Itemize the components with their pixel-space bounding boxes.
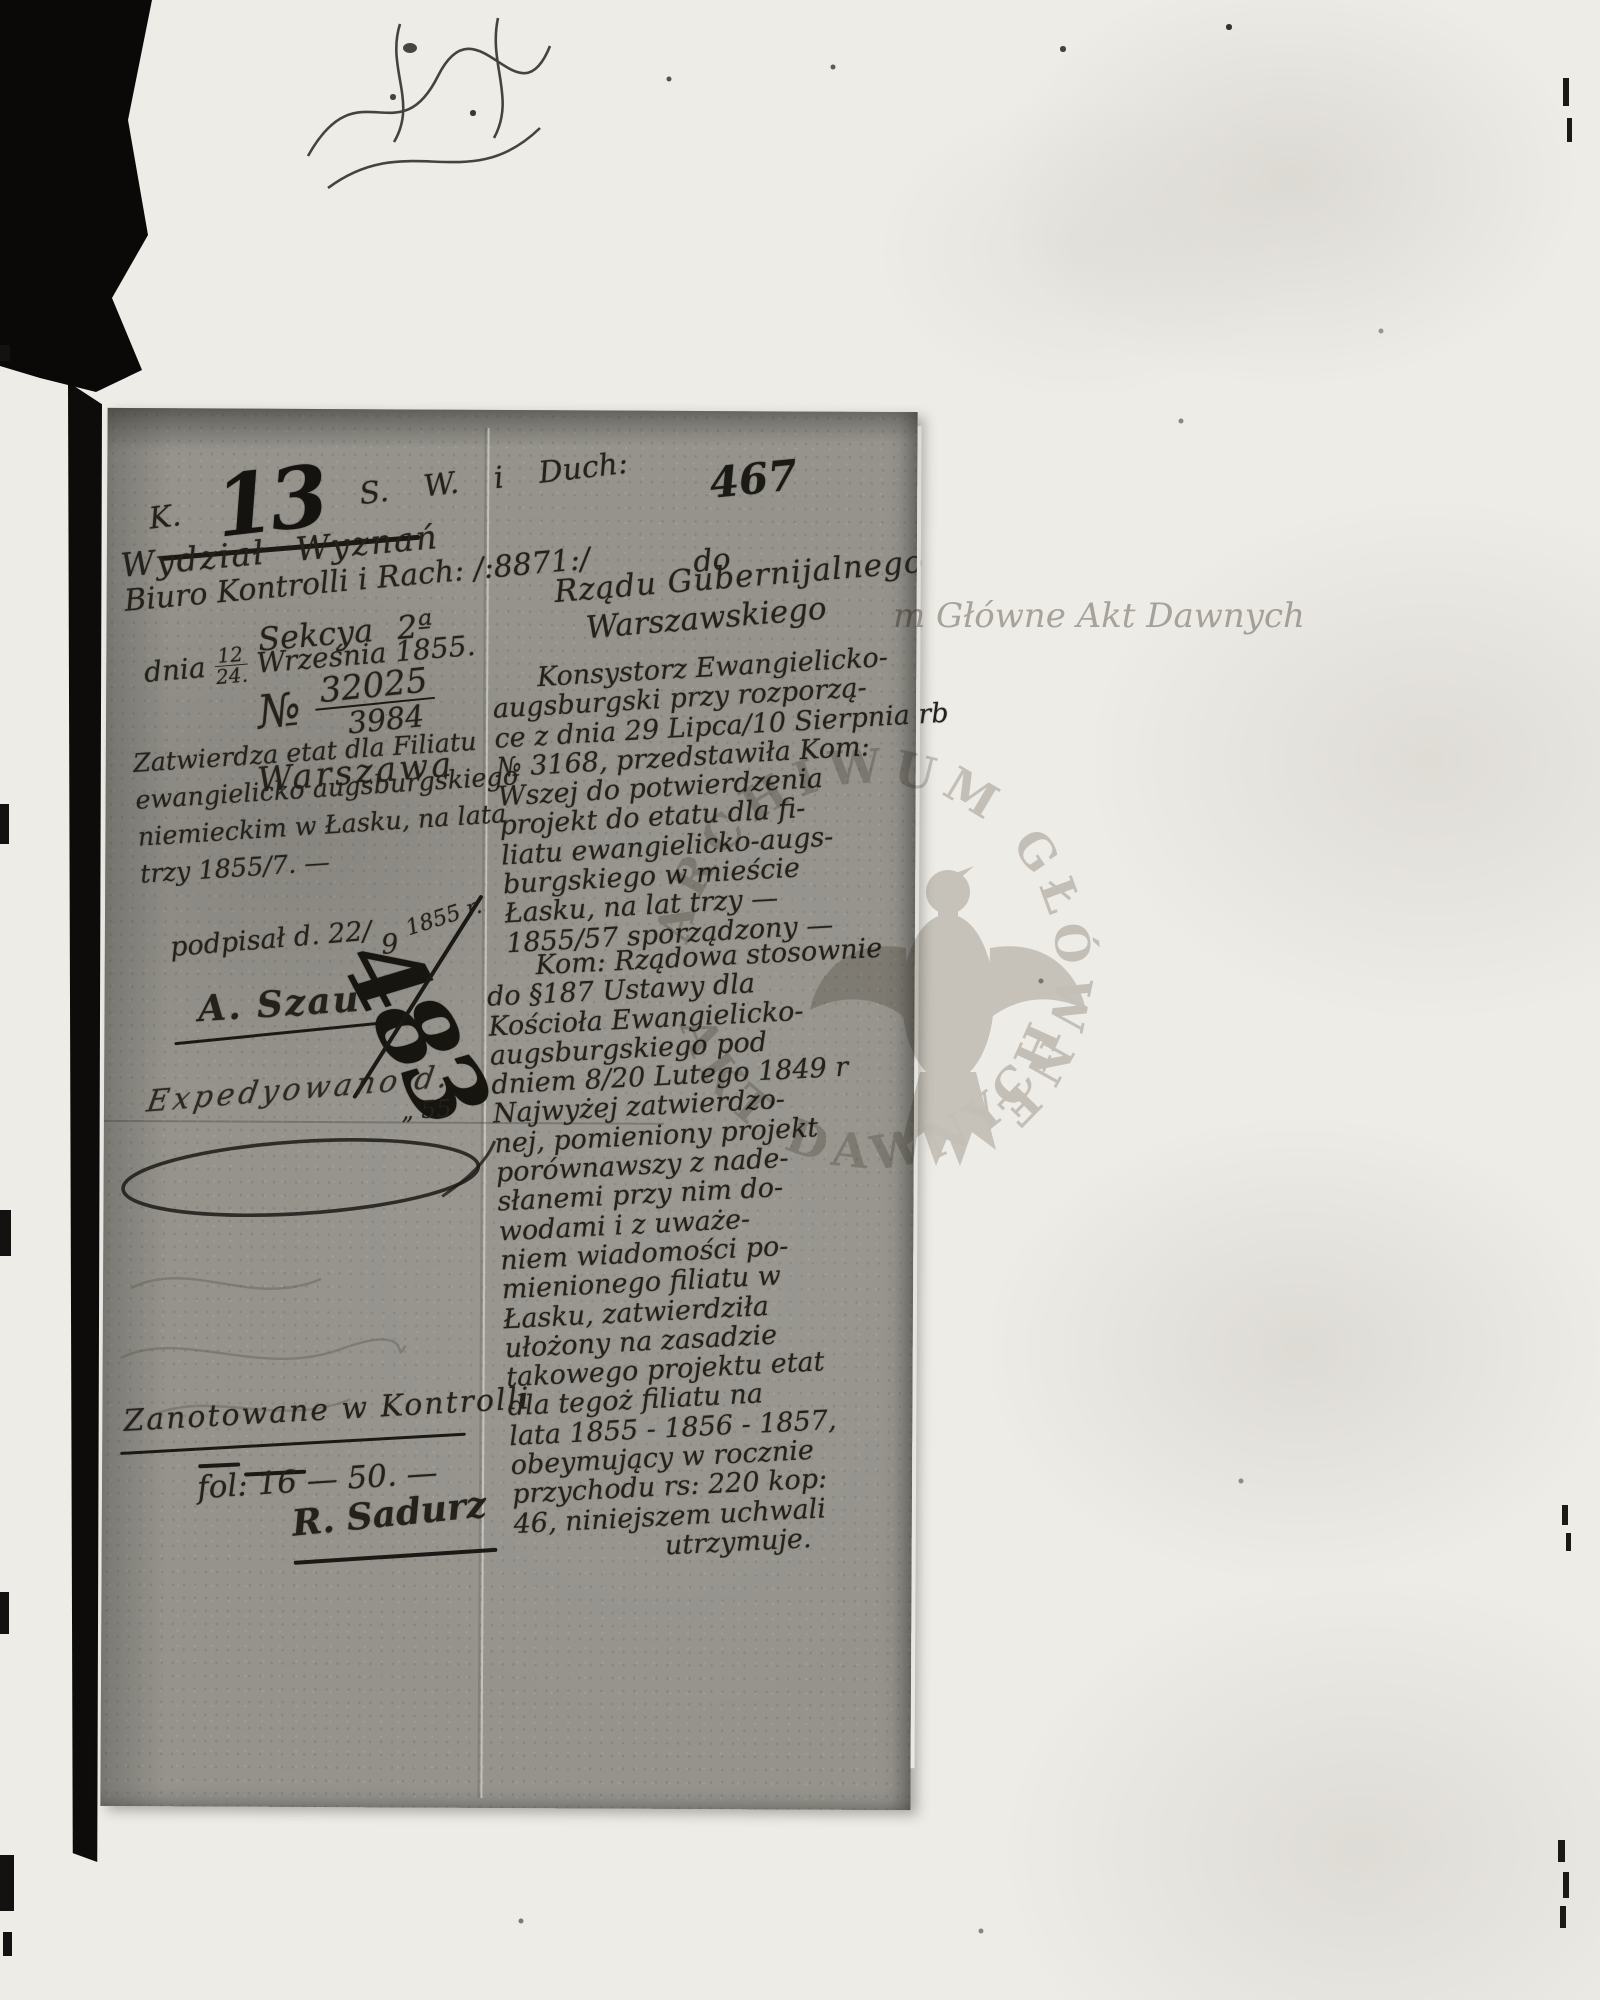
letterhead-authority: S. W. i Duch: [358, 446, 630, 512]
scan-edge-tick [1558, 1840, 1565, 1862]
oval-flourish [108, 1115, 504, 1250]
scan-artifact-black-corner [0, 0, 160, 400]
seal-text-bottom: AKT DAWNYCH [668, 1007, 1077, 1182]
scan-edge-mark [0, 804, 9, 844]
signed-prefix: podpisał d. 22/ [169, 916, 373, 963]
date-prefix: dnia [143, 651, 207, 689]
page-number: 467 [707, 450, 799, 507]
archive-watermark-text: m Główne Akt Dawnych [893, 596, 1305, 636]
scan-edge-mark [3, 1932, 12, 1956]
scan-edge-mark [0, 345, 10, 361]
dust-specks [0, 0, 2, 2]
scan-edge-tick [1563, 78, 1569, 106]
scan-artifact-binding-strip [68, 382, 102, 1862]
scan-edge-tick [1566, 1533, 1571, 1551]
scan-edge-mark [0, 1855, 14, 1911]
svg-text:AKT DAWNYCH: AKT DAWNYCH [668, 1007, 1077, 1182]
scan-edge-mark [0, 1592, 9, 1634]
scan-edge-mark [0, 1210, 11, 1256]
letterhead-k: K. [147, 498, 183, 536]
number-sign: № [255, 681, 304, 739]
scan-edge-tick [1563, 1872, 1569, 1898]
scan-edge-tick [1560, 1906, 1566, 1928]
archival-scan-page: 467 K. 13 S. W. i Duch: Wydział Wyznań B… [0, 0, 1600, 2000]
scan-edge-tick [1567, 118, 1572, 142]
ink-squiggle-artifact [288, 6, 588, 216]
margin-note: Zatwierdza etat dla Filiatuewangielicko … [132, 721, 524, 893]
archive-watermark-seal: ARCHIWUM GŁÓWNE AKT DAWNYCH [600, 680, 1220, 1300]
scan-edge-tick [1562, 1505, 1568, 1525]
control-signature-flourish [294, 1548, 498, 1565]
date-day-fraction: 1224. [213, 644, 250, 688]
